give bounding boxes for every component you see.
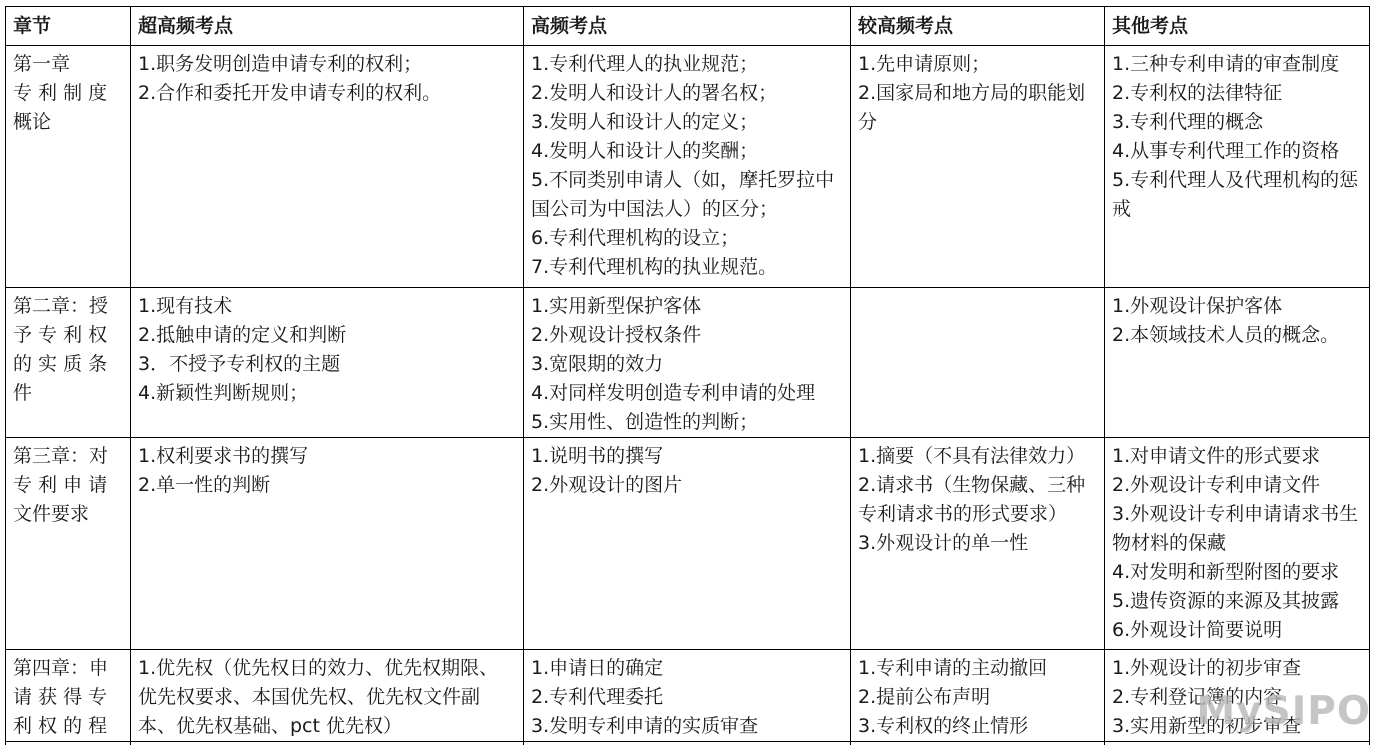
- clipped-cell: [131, 742, 524, 745]
- other-cell: 1.外观设计保护客体2.本领域技术人员的概念。: [1105, 288, 1370, 438]
- chapter-cell: 第二章：授 予 专 利 权 的 实 质 条 件: [6, 288, 131, 438]
- chapter-cell: 第三章：对 专 利 申 请 文件要求: [6, 438, 131, 650]
- table-row: 第二章：授 予 专 利 权 的 实 质 条 件1.现有技术2.抵触申请的定义和判…: [6, 288, 1370, 438]
- column-header-super-high-freq: 超高频考点: [131, 7, 524, 46]
- table-row: 第三章：对 专 利 申 请 文件要求1.权利要求书的撰写2.单一性的判断1.说明…: [6, 438, 1370, 650]
- high-cell: 1.专利代理人的执业规范；2.发明人和设计人的署名权；3.发明人和设计人的定义；…: [524, 46, 851, 288]
- topic-item: 5.不同类别申请人（如，摩托罗拉中国公司为中国法人）的区分；: [531, 166, 844, 224]
- topic-item: 2.提前公布声明: [858, 683, 1098, 712]
- topic-item: 2.外观设计专利申请文件: [1112, 471, 1363, 500]
- topic-item: 2.国家局和地方局的职能划分: [858, 79, 1098, 137]
- clipped-cell: [1105, 742, 1370, 745]
- mid-high-cell: 1.专利申请的主动撤回2.提前公布声明3.专利权的终止情形: [851, 650, 1105, 742]
- column-header-chapter: 章节: [6, 7, 131, 46]
- topic-item: 2.外观设计授权条件: [531, 321, 844, 350]
- topic-item: 1.摘要（不具有法律效力）: [858, 442, 1098, 471]
- topic-item: 5.专利代理人及代理机构的惩戒: [1112, 166, 1363, 224]
- topic-item: 2.外观设计的图片: [531, 471, 844, 500]
- topic-item: 2.专利权的法律特征: [1112, 79, 1363, 108]
- topic-item: 1.三种专利申请的审查制度: [1112, 50, 1363, 79]
- topic-item: 1.权利要求书的撰写: [138, 442, 517, 471]
- column-header-high-freq: 高频考点: [524, 7, 851, 46]
- topic-item: 3.外观设计专利申请请求书生物材料的保藏: [1112, 500, 1363, 558]
- table-row: 第四章：申 请 获 得 专 利 权 的 程1.优先权（优先权日的效力、优先权期限…: [6, 650, 1370, 742]
- other-cell: 1.外观设计的初步审查2.专利登记簿的内容3.实用新型的初步审查: [1105, 650, 1370, 742]
- topic-item: 3.实用新型的初步审查: [1112, 712, 1363, 741]
- topic-item: 3.专利权的终止情形: [858, 712, 1098, 741]
- topic-item: 2.专利代理委托: [531, 683, 844, 712]
- super-high-cell: 1.职务发明创造申请专利的权利；2.合作和委托开发申请专利的权利。: [131, 46, 524, 288]
- chapter-cell: 第四章：申 请 获 得 专 利 权 的 程: [6, 650, 131, 742]
- topic-item: 6.专利代理机构的设立；: [531, 224, 844, 253]
- topic-item: 3.发明专利申请的实质审查: [531, 712, 844, 741]
- table-header: 章节 超高频考点 高频考点 较高频考点 其他考点: [6, 7, 1370, 46]
- topic-item: 1.先申请原则；: [858, 50, 1098, 79]
- topic-item: 1.对申请文件的形式要求: [1112, 442, 1363, 471]
- clipped-row-stub: [6, 742, 1370, 745]
- topic-item: 2.抵触申请的定义和判断: [138, 321, 517, 350]
- document-page: 章节 超高频考点 高频考点 较高频考点 其他考点 第一章 专 利 制 度 概论1…: [0, 0, 1374, 745]
- topic-item: 3.专利代理的概念: [1112, 108, 1363, 137]
- topic-item: 2.请求书（生物保藏、三种专利请求书的形式要求）: [858, 471, 1098, 529]
- topic-item: 1.外观设计的初步审查: [1112, 654, 1363, 683]
- topic-item: 1.现有技术: [138, 292, 517, 321]
- other-cell: 1.对申请文件的形式要求2.外观设计专利申请文件3.外观设计专利申请请求书生物材…: [1105, 438, 1370, 650]
- topic-item: 1.职务发明创造申请专利的权利；: [138, 50, 517, 79]
- topic-item: 3.外观设计的单一性: [858, 529, 1098, 558]
- topic-item: 3.发明人和设计人的定义；: [531, 108, 844, 137]
- mid-high-cell: 1.先申请原则；2.国家局和地方局的职能划分: [851, 46, 1105, 288]
- clipped-cell: [524, 742, 851, 745]
- topic-item: 7.专利代理机构的执业规范。: [531, 253, 844, 282]
- topic-item: 1.实用新型保护客体: [531, 292, 844, 321]
- high-cell: 1.说明书的撰写2.外观设计的图片: [524, 438, 851, 650]
- table-body: 第一章 专 利 制 度 概论1.职务发明创造申请专利的权利；2.合作和委托开发申…: [6, 46, 1370, 745]
- topic-item: 2.专利登记簿的内容: [1112, 683, 1363, 712]
- topic-item: 1.专利代理人的执业规范；: [531, 50, 844, 79]
- topic-item: 6.外观设计简要说明: [1112, 616, 1363, 645]
- column-header-other: 其他考点: [1105, 7, 1370, 46]
- topic-item: 3．不授予专利权的主题: [138, 350, 517, 379]
- high-cell: 1.申请日的确定2.专利代理委托3.发明专利申请的实质审查: [524, 650, 851, 742]
- topic-item: 5.遗传资源的来源及其披露: [1112, 587, 1363, 616]
- topic-item: 4.对发明和新型附图的要求: [1112, 558, 1363, 587]
- topic-item: 3.宽限期的效力: [531, 350, 844, 379]
- mid-high-cell: [851, 288, 1105, 438]
- topic-item: 1.外观设计保护客体: [1112, 292, 1363, 321]
- topic-item: 4.发明人和设计人的奖酬；: [531, 137, 844, 166]
- clipped-cell: [6, 742, 131, 745]
- super-high-cell: 1.优先权（优先权日的效力、优先权期限、优先权要求、本国优先权、优先权文件副本、…: [131, 650, 524, 742]
- topic-item: 5.实用性、创造性的判断；: [531, 408, 844, 437]
- clipped-cell: [851, 742, 1105, 745]
- high-cell: 1.实用新型保护客体2.外观设计授权条件3.宽限期的效力4.对同样发明创造专利申…: [524, 288, 851, 438]
- topic-item: 1.专利申请的主动撤回: [858, 654, 1098, 683]
- super-high-cell: 1.现有技术2.抵触申请的定义和判断3．不授予专利权的主题4.新颖性判断规则；: [131, 288, 524, 438]
- exam-topics-table: 章节 超高频考点 高频考点 较高频考点 其他考点 第一章 专 利 制 度 概论1…: [5, 6, 1370, 745]
- other-cell: 1.三种专利申请的审查制度2.专利权的法律特征3.专利代理的概念4.从事专利代理…: [1105, 46, 1370, 288]
- topic-item: 2.单一性的判断: [138, 471, 517, 500]
- topic-item: 4.新颖性判断规则；: [138, 379, 517, 408]
- column-header-mid-high-freq: 较高频考点: [851, 7, 1105, 46]
- chapter-cell: 第一章 专 利 制 度 概论: [6, 46, 131, 288]
- topic-item: 2.合作和委托开发申请专利的权利。: [138, 79, 517, 108]
- topic-item: 1.说明书的撰写: [531, 442, 844, 471]
- mid-high-cell: 1.摘要（不具有法律效力）2.请求书（生物保藏、三种专利请求书的形式要求）3.外…: [851, 438, 1105, 650]
- topic-item: 4.从事专利代理工作的资格: [1112, 137, 1363, 166]
- topic-item: 2.发明人和设计人的署名权；: [531, 79, 844, 108]
- topic-item: 4.对同样发明创造专利申请的处理: [531, 379, 844, 408]
- topic-item: 2.本领域技术人员的概念。: [1112, 321, 1363, 350]
- table-row: 第一章 专 利 制 度 概论1.职务发明创造申请专利的权利；2.合作和委托开发申…: [6, 46, 1370, 288]
- super-high-cell: 1.权利要求书的撰写2.单一性的判断: [131, 438, 524, 650]
- topic-item: 1.优先权（优先权日的效力、优先权期限、优先权要求、本国优先权、优先权文件副本、…: [138, 654, 517, 741]
- header-row: 章节 超高频考点 高频考点 较高频考点 其他考点: [6, 7, 1370, 46]
- topic-item: 1.申请日的确定: [531, 654, 844, 683]
